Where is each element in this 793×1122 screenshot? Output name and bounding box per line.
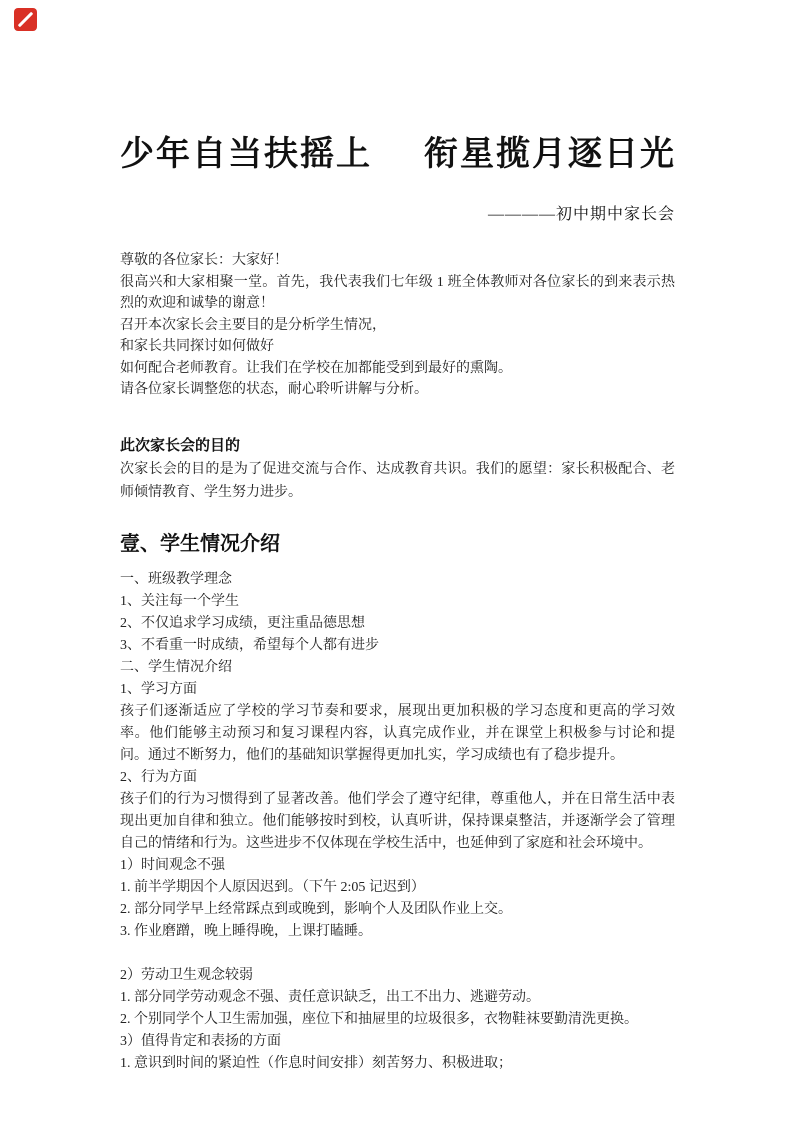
section-line: 3）值得肯定和表扬的方面 [120, 1031, 675, 1053]
intro-line: 召开本次家长会主要目的是分析学生情况， [120, 315, 675, 337]
section-line: 二、学生情况介绍 [120, 657, 675, 679]
section-line: 2. 个别同学个人卫生需加强，座位下和抽屉里的垃圾很多，衣物鞋袜要勤清洗更换。 [120, 1009, 675, 1031]
section-line: 1. 意识到时间的紧迫性（作息时间安排）刻苦努力、积极进取； [120, 1053, 675, 1075]
intro-line: 很高兴和大家相聚一堂。首先，我代表我们七年级 1 班全体教师对各位家长的到来表示… [120, 272, 675, 315]
intro-line: 请各位家长调整您的状态，耐心聆听讲解与分析。 [120, 379, 675, 401]
section-line: 孩子们逐渐适应了学校的学习节奏和要求，展现出更加积极的学习态度和更高的学习效率。… [120, 701, 675, 767]
student-situation-section: 一、班级教学理念 1、关注每一个学生 2、不仅追求学习成绩，更注重品德思想 3、… [120, 569, 675, 1075]
section-line: 孩子们的行为习惯得到了显著改善。他们学会了遵守纪律，尊重他人，并在日常生活中表现… [120, 789, 675, 855]
content-column: 少年自当扶摇上衔星揽月逐日光 ————初中期中家长会 尊敬的各位家长：大家好！ … [120, 0, 675, 1075]
section-line: 一、班级教学理念 [120, 569, 675, 591]
section-line: 1、学习方面 [120, 679, 675, 701]
page-title: 少年自当扶摇上衔星揽月逐日光 [120, 0, 675, 175]
section-line: 2）劳动卫生观念较弱 [120, 965, 675, 987]
section-line: 1）时间观念不强 [120, 855, 675, 877]
intro-line: 和家长共同探讨如何做好 [120, 336, 675, 358]
section-line: 1. 部分同学劳动观念不强、责任意识缺乏，出工不出力、逃避劳动。 [120, 987, 675, 1009]
section-line: 1. 前半学期因个人原因迟到。（下午 2:05 记迟到） [120, 877, 675, 899]
intro-line: 如何配合老师教育。让我们在学校在加都能受到到最好的熏陶。 [120, 358, 675, 380]
purpose-body: 次家长会的目的是为了促进交流与合作、达成教育共识。我们的愿望：家长积极配合、老师… [120, 458, 675, 504]
red-slash-badge-icon [14, 8, 37, 31]
page-title-left: 少年自当扶摇上 [120, 136, 372, 173]
page-title-right: 衔星揽月逐日光 [424, 136, 676, 173]
slash-mark [18, 12, 34, 28]
section1-heading: 壹、学生情况介绍 [120, 527, 675, 556]
intro-line: 尊敬的各位家长：大家好！ [120, 250, 675, 272]
section-line: 2. 部分同学早上经常踩点到或晚到，影响个人及团队作业上交。 [120, 899, 675, 921]
intro-paragraphs: 尊敬的各位家长：大家好！ 很高兴和大家相聚一堂。首先，我代表我们七年级 1 班全… [120, 250, 675, 401]
meeting-purpose-section: 此次家长会的目的 次家长会的目的是为了促进交流与合作、达成教育共识。我们的愿望：… [120, 434, 675, 504]
purpose-heading: 此次家长会的目的 [120, 434, 675, 455]
document-page: 少年自当扶摇上衔星揽月逐日光 ————初中期中家长会 尊敬的各位家长：大家好！ … [0, 0, 793, 1122]
section-line: 2、不仅追求学习成绩，更注重品德思想 [120, 613, 675, 635]
section-line: 1、关注每一个学生 [120, 591, 675, 613]
section-line: 3、不看重一时成绩，希望每个人都有进步 [120, 635, 675, 657]
page-subtitle: ————初中期中家长会 [120, 201, 675, 224]
section-line: 3. 作业磨蹭，晚上睡得晚，上课打瞌睡。 [120, 921, 675, 943]
section-line: 2、行为方面 [120, 767, 675, 789]
